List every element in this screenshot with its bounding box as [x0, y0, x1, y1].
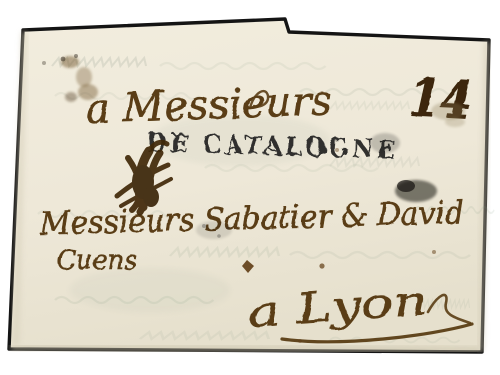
cover-photo: DE CATALOGNE a Messieurs 14 Messieurs Sa…: [0, 0, 500, 375]
handstamp-smear: [370, 133, 400, 153]
address-line3: Cuens: [57, 245, 137, 276]
cover-canvas: DE CATALOGNE a Messieurs 14 Messieurs Sa…: [0, 0, 500, 375]
address-line1: a Messieurs: [85, 76, 333, 133]
